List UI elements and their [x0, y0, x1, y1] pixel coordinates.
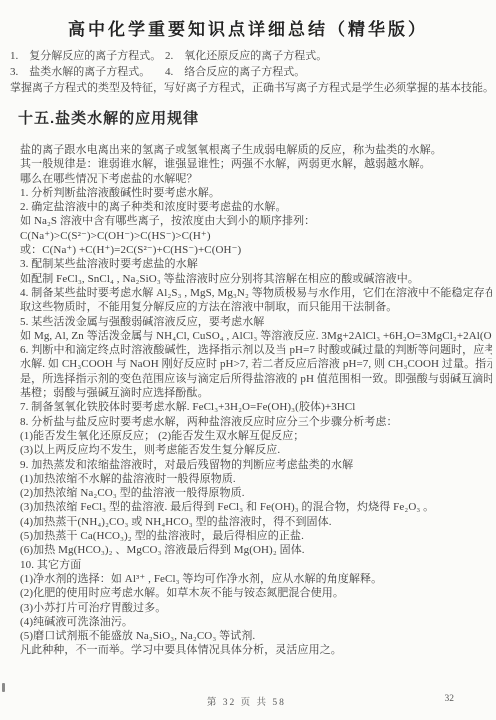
- body-line: 如 Na₂S 溶液中含有哪些离子，按浓度由大到小的顺序排列：: [20, 214, 492, 228]
- body-line: (1)净水剂的选择：如 Al³⁺ , FeCl₃ 等均可作净水剂，应从水解的角度…: [20, 572, 492, 586]
- body-line: 其一般规律是：谁弱谁水解，谁强显谁性；两强不水解，两弱更水解，越弱越水解。: [20, 157, 492, 171]
- body-line: 如配制 FeCl₃, SnCl₄ , Na₂SiO₃ 等盐溶液时应分别将其溶解在…: [20, 272, 492, 286]
- section-heading: 十五.盐类水解的应用规律: [18, 107, 496, 128]
- body-line: 2. 确定盐溶液中的离子种类和浓度时要考虑盐的水解。: [20, 200, 492, 214]
- body-line: (3)以上两反应均不发生，则考虑能否发生复分解反应.: [20, 443, 492, 457]
- body-line: C(Na⁺)>C(S²⁻)>C(OH⁻)>C(HS⁻)>C(H⁺): [20, 229, 492, 243]
- body-line: 如 Mg, Al, Zn 等活泼金属与 NH₄Cl, CuSO₄ , AlCl₃…: [20, 329, 492, 343]
- document-page: 高中化学重要知识点详细总结（精华版） 1. 复分解反应的离子方程式。 2. 氧化…: [0, 0, 496, 720]
- body-line: 基橙；弱酸与强碱互滴时应选择酚酞。: [20, 386, 492, 400]
- toc-item-1: 1. 复分解反应的离子方程式。: [10, 48, 165, 64]
- body-line: 或：C(Na⁺) +C(H⁺)=2C(S²⁻)+C(HS⁻)+C(OH⁻): [20, 243, 492, 257]
- toc-row: 3. 盐类水解的离子方程式。 4. 络合反应的离子方程式。: [10, 64, 488, 80]
- body-line: (6)加热 Mg(HCO₃)₂ 、MgCO₃ 溶液最后得到 Mg(OH)₂ 固体…: [20, 543, 492, 557]
- body-line: 1. 分析判断盐溶液酸碱性时要考虑水解。: [20, 186, 492, 200]
- body-line: 6. 判断中和滴定终点时溶液酸碱性，选择指示剂以及当 pH=7 时酸或碱过量的判…: [20, 343, 492, 357]
- body-line: (5)磨口试剂瓶不能盛放 Na₂SiO₃, Na₂CO₃ 等试剂.: [20, 629, 492, 643]
- body-line: (3)小苏打片可治疗胃酸过多。: [20, 601, 492, 615]
- toc-row: 1. 复分解反应的离子方程式。 2. 氧化还原反应的离子方程式。: [10, 48, 488, 64]
- body-line: 8. 分析盐与盐反应时要考虑水解，两种盐溶液反应时应分三个步骤分析考虑：: [20, 415, 492, 429]
- body-line: (1)能否发生氧化还原反应； (2)能否发生双水解互促反应；: [20, 429, 492, 443]
- page-title: 高中化学重要知识点详细总结（精华版）: [0, 18, 496, 42]
- body-line: 5. 某些活泼金属与强酸弱碱溶液反应，要考虑水解: [20, 315, 492, 329]
- body-line: (2)化肥的使用时应考虑水解。如草木灰不能与铵态氮肥混合使用。: [20, 586, 492, 600]
- body-line: 3. 配制某些盐溶液时要考虑盐的水解: [20, 257, 492, 271]
- scan-artifact: [2, 683, 5, 692]
- body-line: 盐的离子跟水电离出来的氢离子或氢氧根离子生成弱电解质的反应，称为盐类的水解。: [20, 143, 492, 157]
- toc-note: 掌握离子方程式的类型及特征，写好离子方程式，正确书写离子方程式是学生必须掌握的基…: [10, 80, 488, 96]
- footer-page-number: 32: [445, 694, 455, 704]
- body-line: (3)加热浓缩 FeCl₃ 型的盐溶液. 最后得到 FeCl₃ 和 Fe(OH)…: [20, 500, 492, 514]
- toc-item-3: 3. 盐类水解的离子方程式。: [10, 64, 165, 80]
- footer-page-indicator: 第 32 页 共 58: [207, 694, 286, 708]
- body-line: 是，所选择指示剂的变色范围应该与滴定后所得盐溶液的 pH 值范围相一致。即强酸与…: [20, 372, 492, 386]
- body-line: 7. 制备氢氧化铁胶体时要考虑水解. FeCl₃+3H₂O=Fe(OH)₃(胶体…: [20, 400, 492, 414]
- body-line: 10. 其它方面: [20, 558, 492, 572]
- body-line: (4)加热蒸干(NH₄)₂CO₃ 或 NH₄HCO₃ 型的盐溶液时，得不到固体.: [20, 515, 492, 529]
- body-line: (1)加热浓缩不水解的盐溶液时一般得原物质.: [20, 472, 492, 486]
- toc-item-2: 2. 氧化还原反应的离子方程式。: [165, 48, 327, 64]
- body-line: (4)纯碱液可洗涤油污。: [20, 615, 492, 629]
- body-line: 取这些物质时，不能用复分解反应的方法在溶液中制取，而只能用干法制备。: [20, 300, 492, 314]
- body-line: 9. 加热蒸发和浓缩盐溶液时，对最后残留物的判断应考虑盐类的水解: [20, 458, 492, 472]
- toc-item-4: 4. 络合反应的离子方程式。: [165, 64, 305, 80]
- body-line: 水解. 如 CH₃COOH 与 NaOH 刚好反应时 pH>7, 若二者反应后溶…: [20, 357, 492, 371]
- body-line: (5)加热蒸干 Ca(HCO₃)₂ 型的盐溶液时，最后得相应的正盐.: [20, 529, 492, 543]
- section-body: 盐的离子跟水电离出来的氢离子或氢氧根离子生成弱电解质的反应，称为盐类的水解。其一…: [0, 143, 496, 658]
- equation-type-list: 1. 复分解反应的离子方程式。 2. 氧化还原反应的离子方程式。 3. 盐类水解…: [10, 48, 488, 96]
- body-line: (2)加热浓缩 Na₂CO₃ 型的盐溶液一般得原物质.: [20, 486, 492, 500]
- body-line: 凡此种种，不一而举。学习中要具体情况具体分析，灵活应用之。: [20, 643, 492, 657]
- body-line: 4. 制备某些盐时要考虑水解 Al₂S₃ , MgS, Mg₃N₂ 等物质极易与…: [20, 286, 492, 300]
- body-line: 哪么在哪些情况下考虑盐的水解呢？: [20, 172, 492, 186]
